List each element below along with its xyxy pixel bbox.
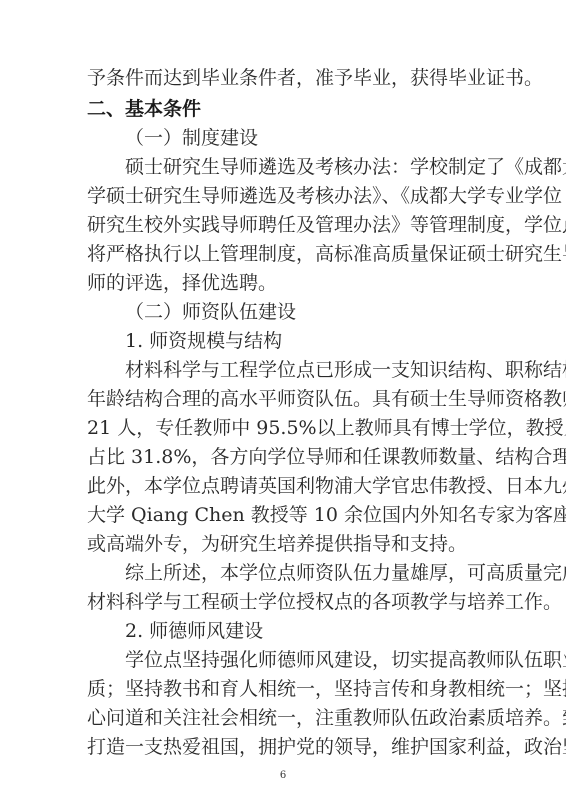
paragraph-line: 材料科学与工程学位点已形成一支知识结构、职称结构、 — [125, 358, 479, 382]
paragraph-line: 材料科学与工程硕士学位授权点的各项教学与培养工作。 — [87, 590, 479, 614]
paragraph-line: 学硕士研究生导师遴选及考核办法》、《成都大学专业学位 — [87, 184, 479, 208]
item-heading: 2. 师德师风建设 — [125, 619, 479, 643]
paragraph-line: 打造一支热爱祖国，拥护党的领导，维护国家利益，政治坚定 — [87, 735, 479, 759]
paragraph-line: 心问道和关注社会相统一，注重教师队伍政治素质培养。致力 — [87, 706, 479, 730]
item-heading: 1. 师资规模与结构 — [125, 329, 479, 353]
paragraph-line: 师的评选，择优选聘。 — [87, 271, 479, 295]
paragraph-line: 综上所述，本学位点师资队伍力量雄厚，可高质量完成 — [125, 561, 479, 585]
paragraph-line: 予条件而达到毕业条件者，准予毕业，获得毕业证书。 — [87, 66, 479, 90]
paragraph-line: 将严格执行以上管理制度，高标准高质量保证硕士研究生导 — [87, 242, 479, 266]
paragraph-line: 年龄结构合理的高水平师资队伍。具有硕士生导师资格教师 — [87, 387, 479, 411]
paragraph-line: 或高端外专，为研究生培养提供指导和支持。 — [87, 532, 479, 556]
paragraph-line: 学位点坚持强化师德师风建设，切实提高教师队伍职业素 — [125, 648, 479, 672]
subsection-heading: （一）制度建设 — [125, 126, 479, 150]
paragraph-line: 硕士研究生导师遴选及考核办法：学校制定了《成都大 — [125, 155, 479, 179]
page-number: 6 — [0, 770, 566, 781]
paragraph-line: 21 人，专任教师中 95.5%以上教师具有博士学位，教授人数 — [87, 416, 479, 440]
paragraph-line: 大学 Qiang Chen 教授等 10 余位国内外知名专家为客座教授 — [87, 503, 479, 527]
section-heading: 二、基本条件 — [87, 97, 479, 121]
paragraph-line: 质；坚持教书和育人相统一，坚持言传和身教相统一；坚持潜 — [87, 677, 479, 701]
subsection-heading: （二）师资队伍建设 — [125, 300, 479, 324]
document-page: 予条件而达到毕业条件者，准予毕业，获得毕业证书。 二、基本条件 （一）制度建设 … — [0, 0, 566, 800]
paragraph-line: 研究生校外实践导师聘任及管理办法》等管理制度，学位点 — [87, 213, 479, 237]
paragraph-line: 占比 31.8%，各方向学位导师和任课教师数量、结构合理。 — [87, 445, 479, 469]
paragraph-line: 此外，本学位点聘请英国利物浦大学官忠伟教授、日本九州 — [87, 474, 479, 498]
